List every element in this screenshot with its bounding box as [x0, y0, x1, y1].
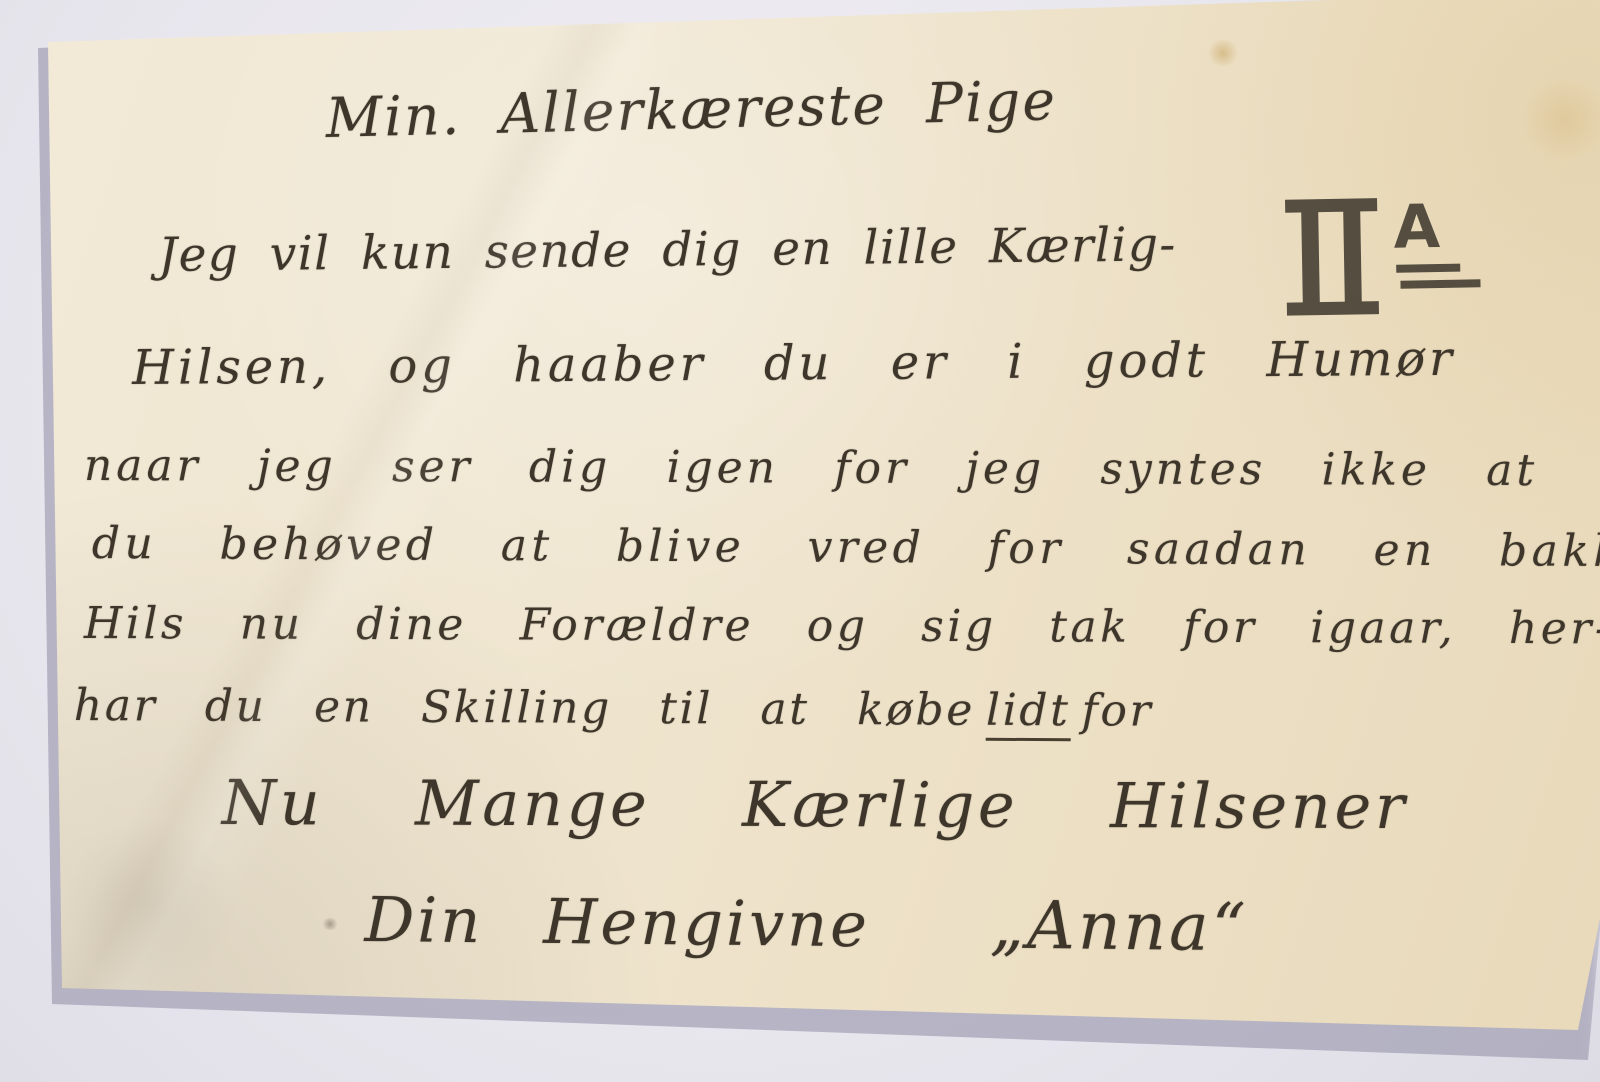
body-line-4: du behøved at blive vred for saadan en b… [92, 518, 1600, 578]
stamp-numeral-ii [1285, 198, 1379, 316]
stamp-bar [1285, 198, 1377, 213]
stamp-underline [1396, 264, 1460, 273]
paper-stain [60, 820, 240, 990]
stamp-letter-block: A [1393, 198, 1481, 288]
body-line-5: Hils nu dine Forældre og sig tak for iga… [84, 598, 1600, 654]
underlined-word: lidt [986, 685, 1071, 741]
paper-stain [1206, 40, 1240, 66]
body-line-2: Hilsen, og haaber du er i godt Humør [132, 331, 1456, 396]
signature-prefix: Din Hengivne [364, 883, 870, 961]
closing-line: Nu Mange Kærlige Hilsener [222, 766, 1409, 843]
body-line-1: Jeg vil kun sende dig en lille Kærlig- [158, 217, 1177, 283]
paper-stain [1520, 80, 1600, 160]
salutation-line: Min. Allerkæreste Pige [325, 68, 1058, 150]
stamp-bar [1343, 204, 1362, 308]
postcard: A Min. Allerkæreste Pige Jeg vil kun sen… [0, 0, 1600, 1082]
signature-name: „Anna“ [990, 887, 1249, 967]
body-line-6-pre: har du en Skilling til at købe [74, 680, 975, 736]
stamp-bar [1287, 301, 1379, 316]
body-line-6: har du en Skilling til at købelidtfor [74, 680, 1154, 737]
photo-background: A Min. Allerkæreste Pige Jeg vil kun sen… [0, 0, 1600, 1082]
body-line-6-post: for [1081, 685, 1153, 736]
body-line-3: naar jeg ser dig igen for jeg syntes ikk… [84, 440, 1538, 496]
signature-line: Din Hengivne„Anna“ [364, 880, 1249, 966]
stamp-letter-a: A [1393, 199, 1440, 257]
ink-speck [322, 918, 338, 930]
stamp-bar [1301, 205, 1320, 309]
stamp-underline [1400, 279, 1480, 288]
control-stamp: A [1285, 196, 1481, 315]
